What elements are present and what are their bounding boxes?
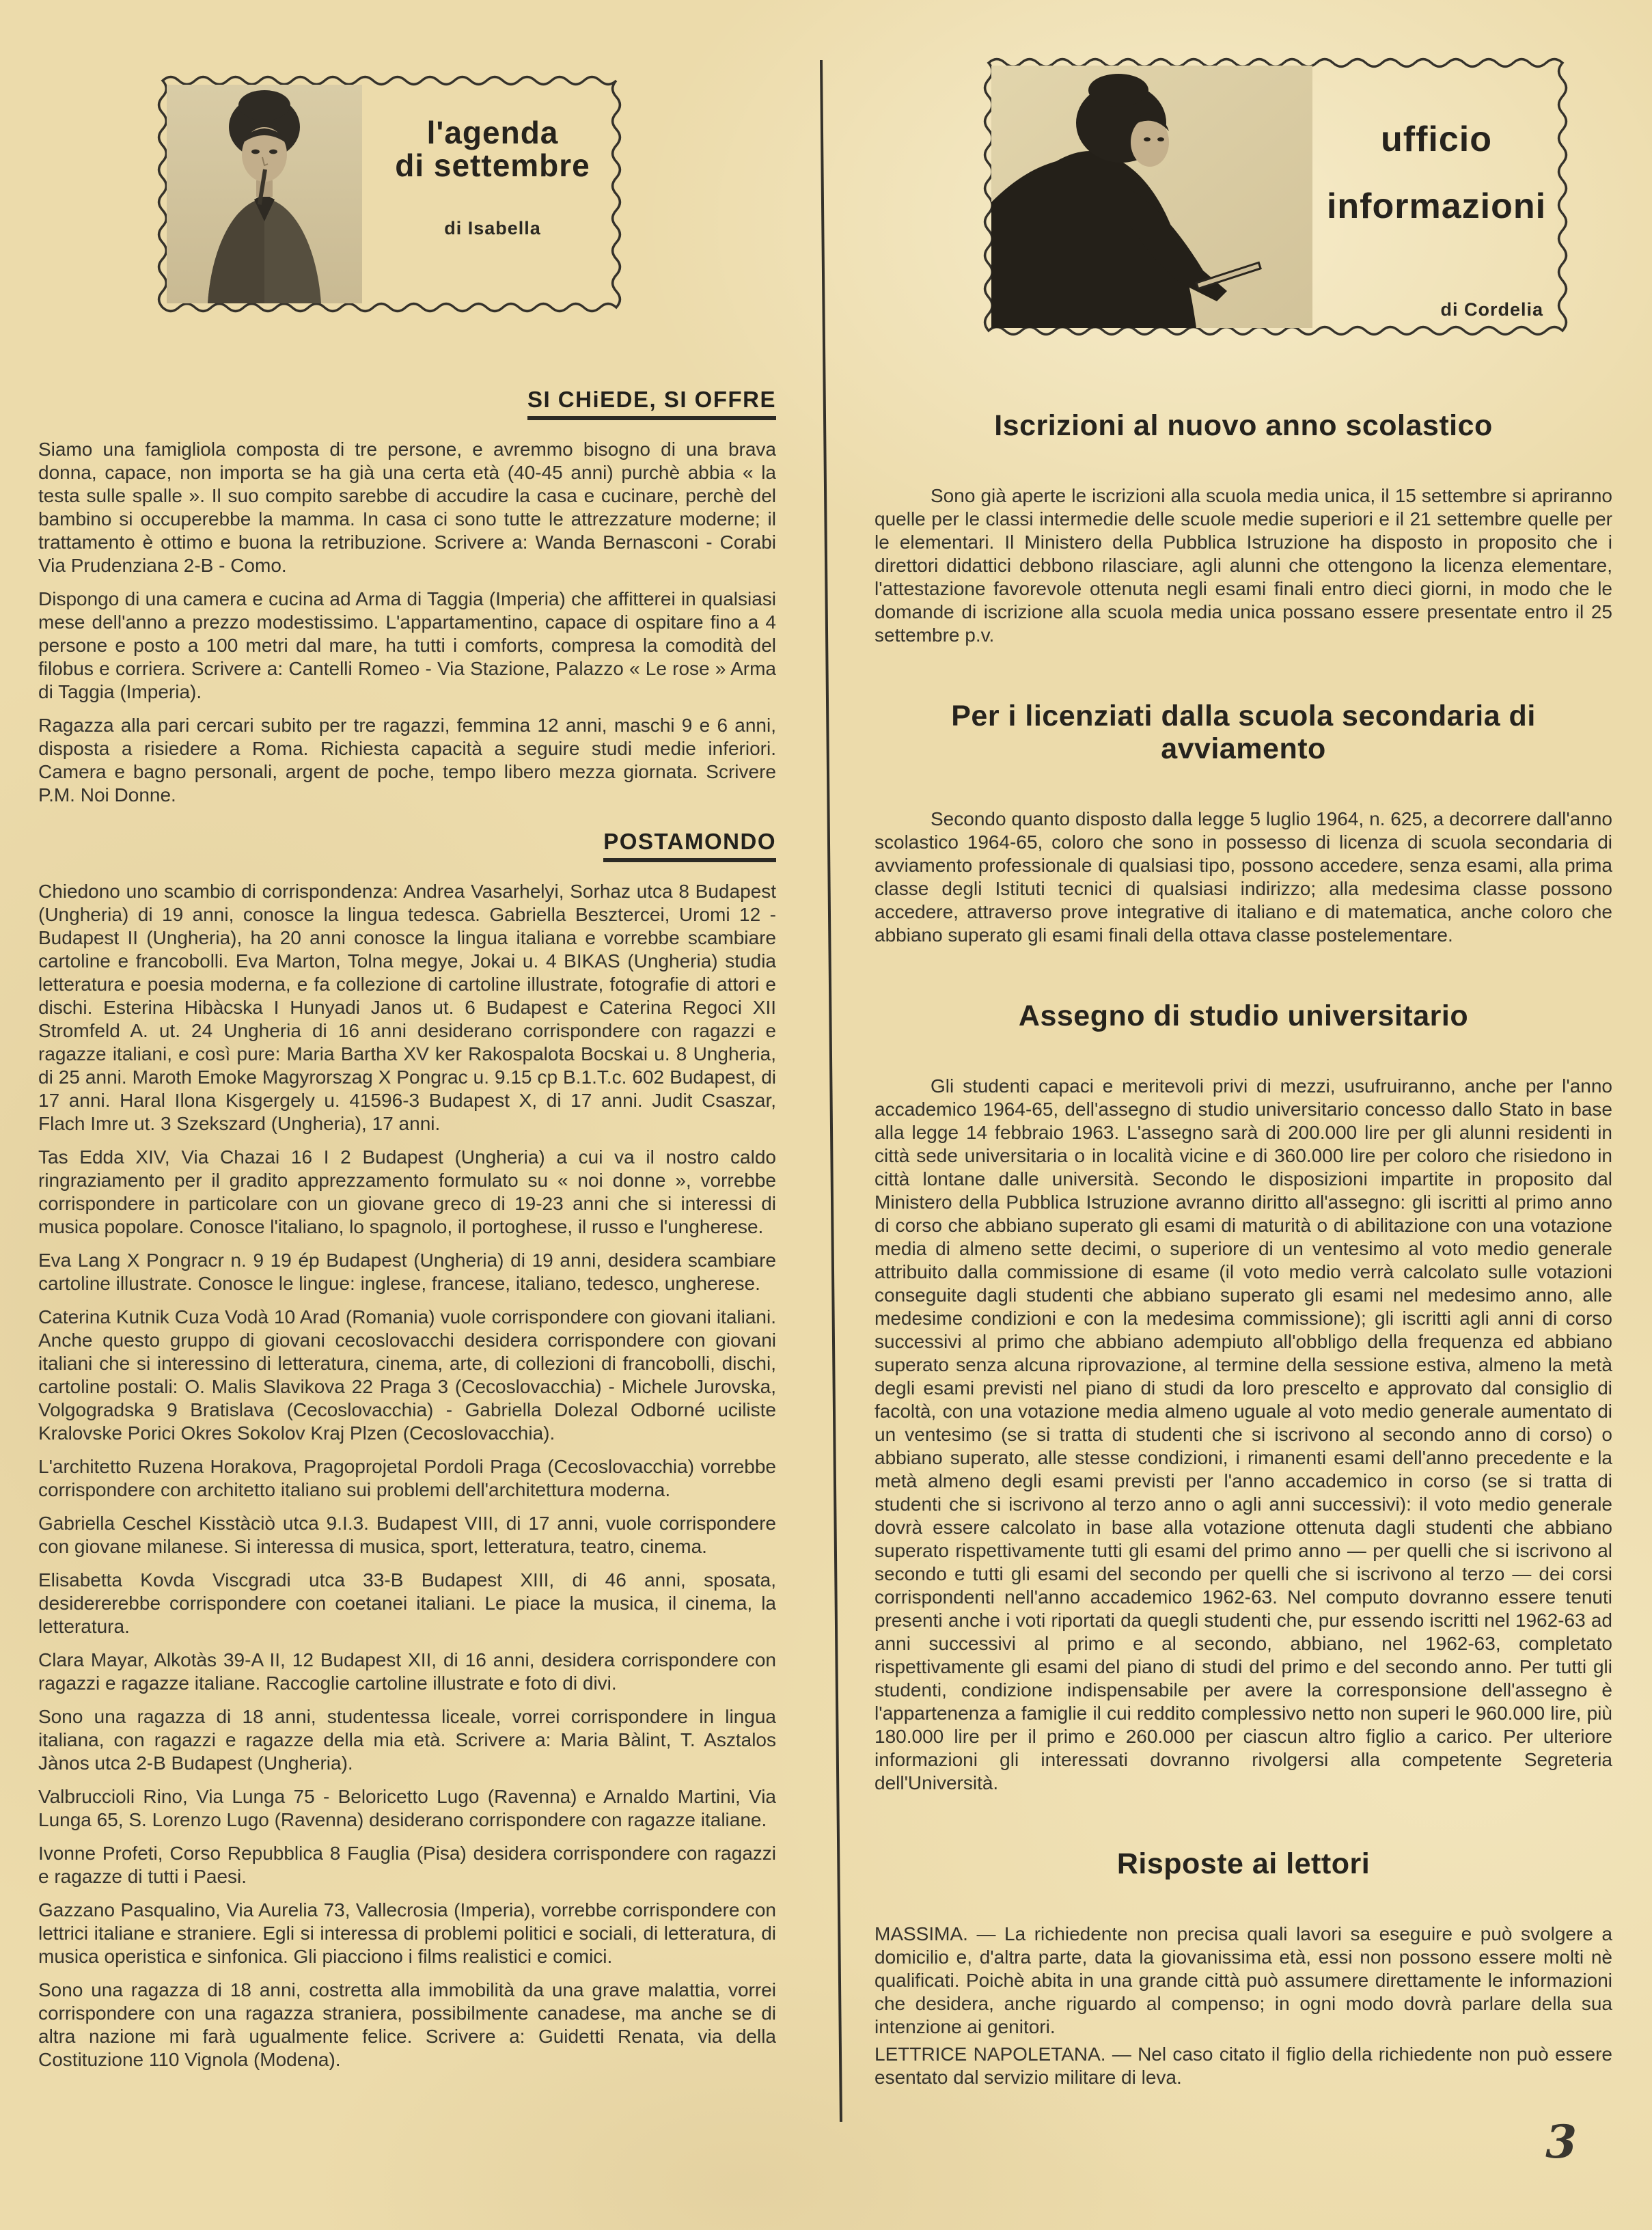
photo-cordelia [991,66,1312,328]
paragraph: LETTRICE NAPOLETANA. — Nel caso citato i… [875,2043,1612,2089]
rubric-heading-postamondo: POSTAMONDO [38,830,776,862]
right-column: Iscrizioni al nuovo anno scolastico Sono… [875,410,1612,2093]
section-heading-iscrizioni: Iscrizioni al nuovo anno scolastico [875,410,1612,442]
paragraph: Gazzano Pasqualino, Via Aurelia 73, Vall… [38,1899,776,1968]
paragraph: Caterina Kutnik Cuza Vodà 10 Arad (Roman… [38,1306,776,1445]
column-divider [820,60,842,2122]
left-column: SI CHiEDE, SI OFFRE Siamo una famigliola… [38,388,776,2082]
informazioni-header-box: ufficio informazioni di Cordelia [985,59,1567,335]
informazioni-title-line1: ufficio [1381,122,1492,157]
paragraph: Sono già aperte le iscrizioni alla scuol… [875,484,1612,647]
photo-isabella [167,85,362,303]
paragraph: Gabriella Ceschel Kisstàciò utca 9.I.3. … [38,1512,776,1558]
agenda-byline: di Isabella [444,218,541,239]
paragraph: Sono una ragazza di 18 anni, costretta a… [38,1979,776,2071]
page-number: 3 [1545,2115,1577,2169]
paragraph: Siamo una famigliola composta di tre per… [38,438,776,577]
section-heading-licenziati: Per i licenziati dalla scuola secondaria… [875,700,1612,765]
paragraph: Secondo quanto disposto dalla legge 5 lu… [875,808,1612,947]
paragraph: Sono una ragazza di 18 anni, studentessa… [38,1705,776,1775]
informazioni-title-line2: informazioni [1327,189,1546,224]
woman-writing-illustration [991,66,1312,328]
rubric-heading-si-chiede: SI CHiEDE, SI OFFRE [38,388,776,420]
informazioni-byline: di Cordelia [1440,299,1543,320]
paragraph: Eva Lang X Pongracr n. 9 19 ép Budapest … [38,1249,776,1295]
paragraph: Clara Mayar, Alkotàs 39-A II, 12 Budapes… [38,1649,776,1695]
paragraph: MASSIMA. — La richiedente non precisa qu… [875,1923,1612,2039]
paragraph: Valbruccioli Rino, Via Lunga 75 - Belori… [38,1785,776,1832]
woman-portrait-illustration [167,85,362,303]
paragraph: Elisabetta Kovda Viscgradi utca 33-B Bud… [38,1569,776,1638]
agenda-title-line1: l'agenda [427,116,559,149]
paragraph: Ivonne Profeti, Corso Repubblica 8 Faugl… [38,1842,776,1888]
paragraph: Gli studenti capaci e meritevoli privi d… [875,1075,1612,1795]
paragraph: L'architetto Ruzena Horakova, Pragoproje… [38,1455,776,1502]
agenda-title-line2: di settembre [395,149,590,182]
section-heading-risposte: Risposte ai lettori [875,1848,1612,1880]
paragraph: Dispongo di una camera e cucina ad Arma … [38,588,776,704]
paragraph: Ragazza alla pari cercari subito per tre… [38,714,776,807]
magazine-page: l'agenda di settembre di Isabella [0,0,1652,2230]
section-heading-assegno: Assegno di studio universitario [875,1000,1612,1032]
agenda-header-box: l'agenda di settembre di Isabella [159,77,620,312]
paragraph: Tas Edda XIV, Via Chazai 16 I 2 Budapest… [38,1146,776,1239]
paragraph: Chiedono uno scambio di corrispondenza: … [38,880,776,1135]
